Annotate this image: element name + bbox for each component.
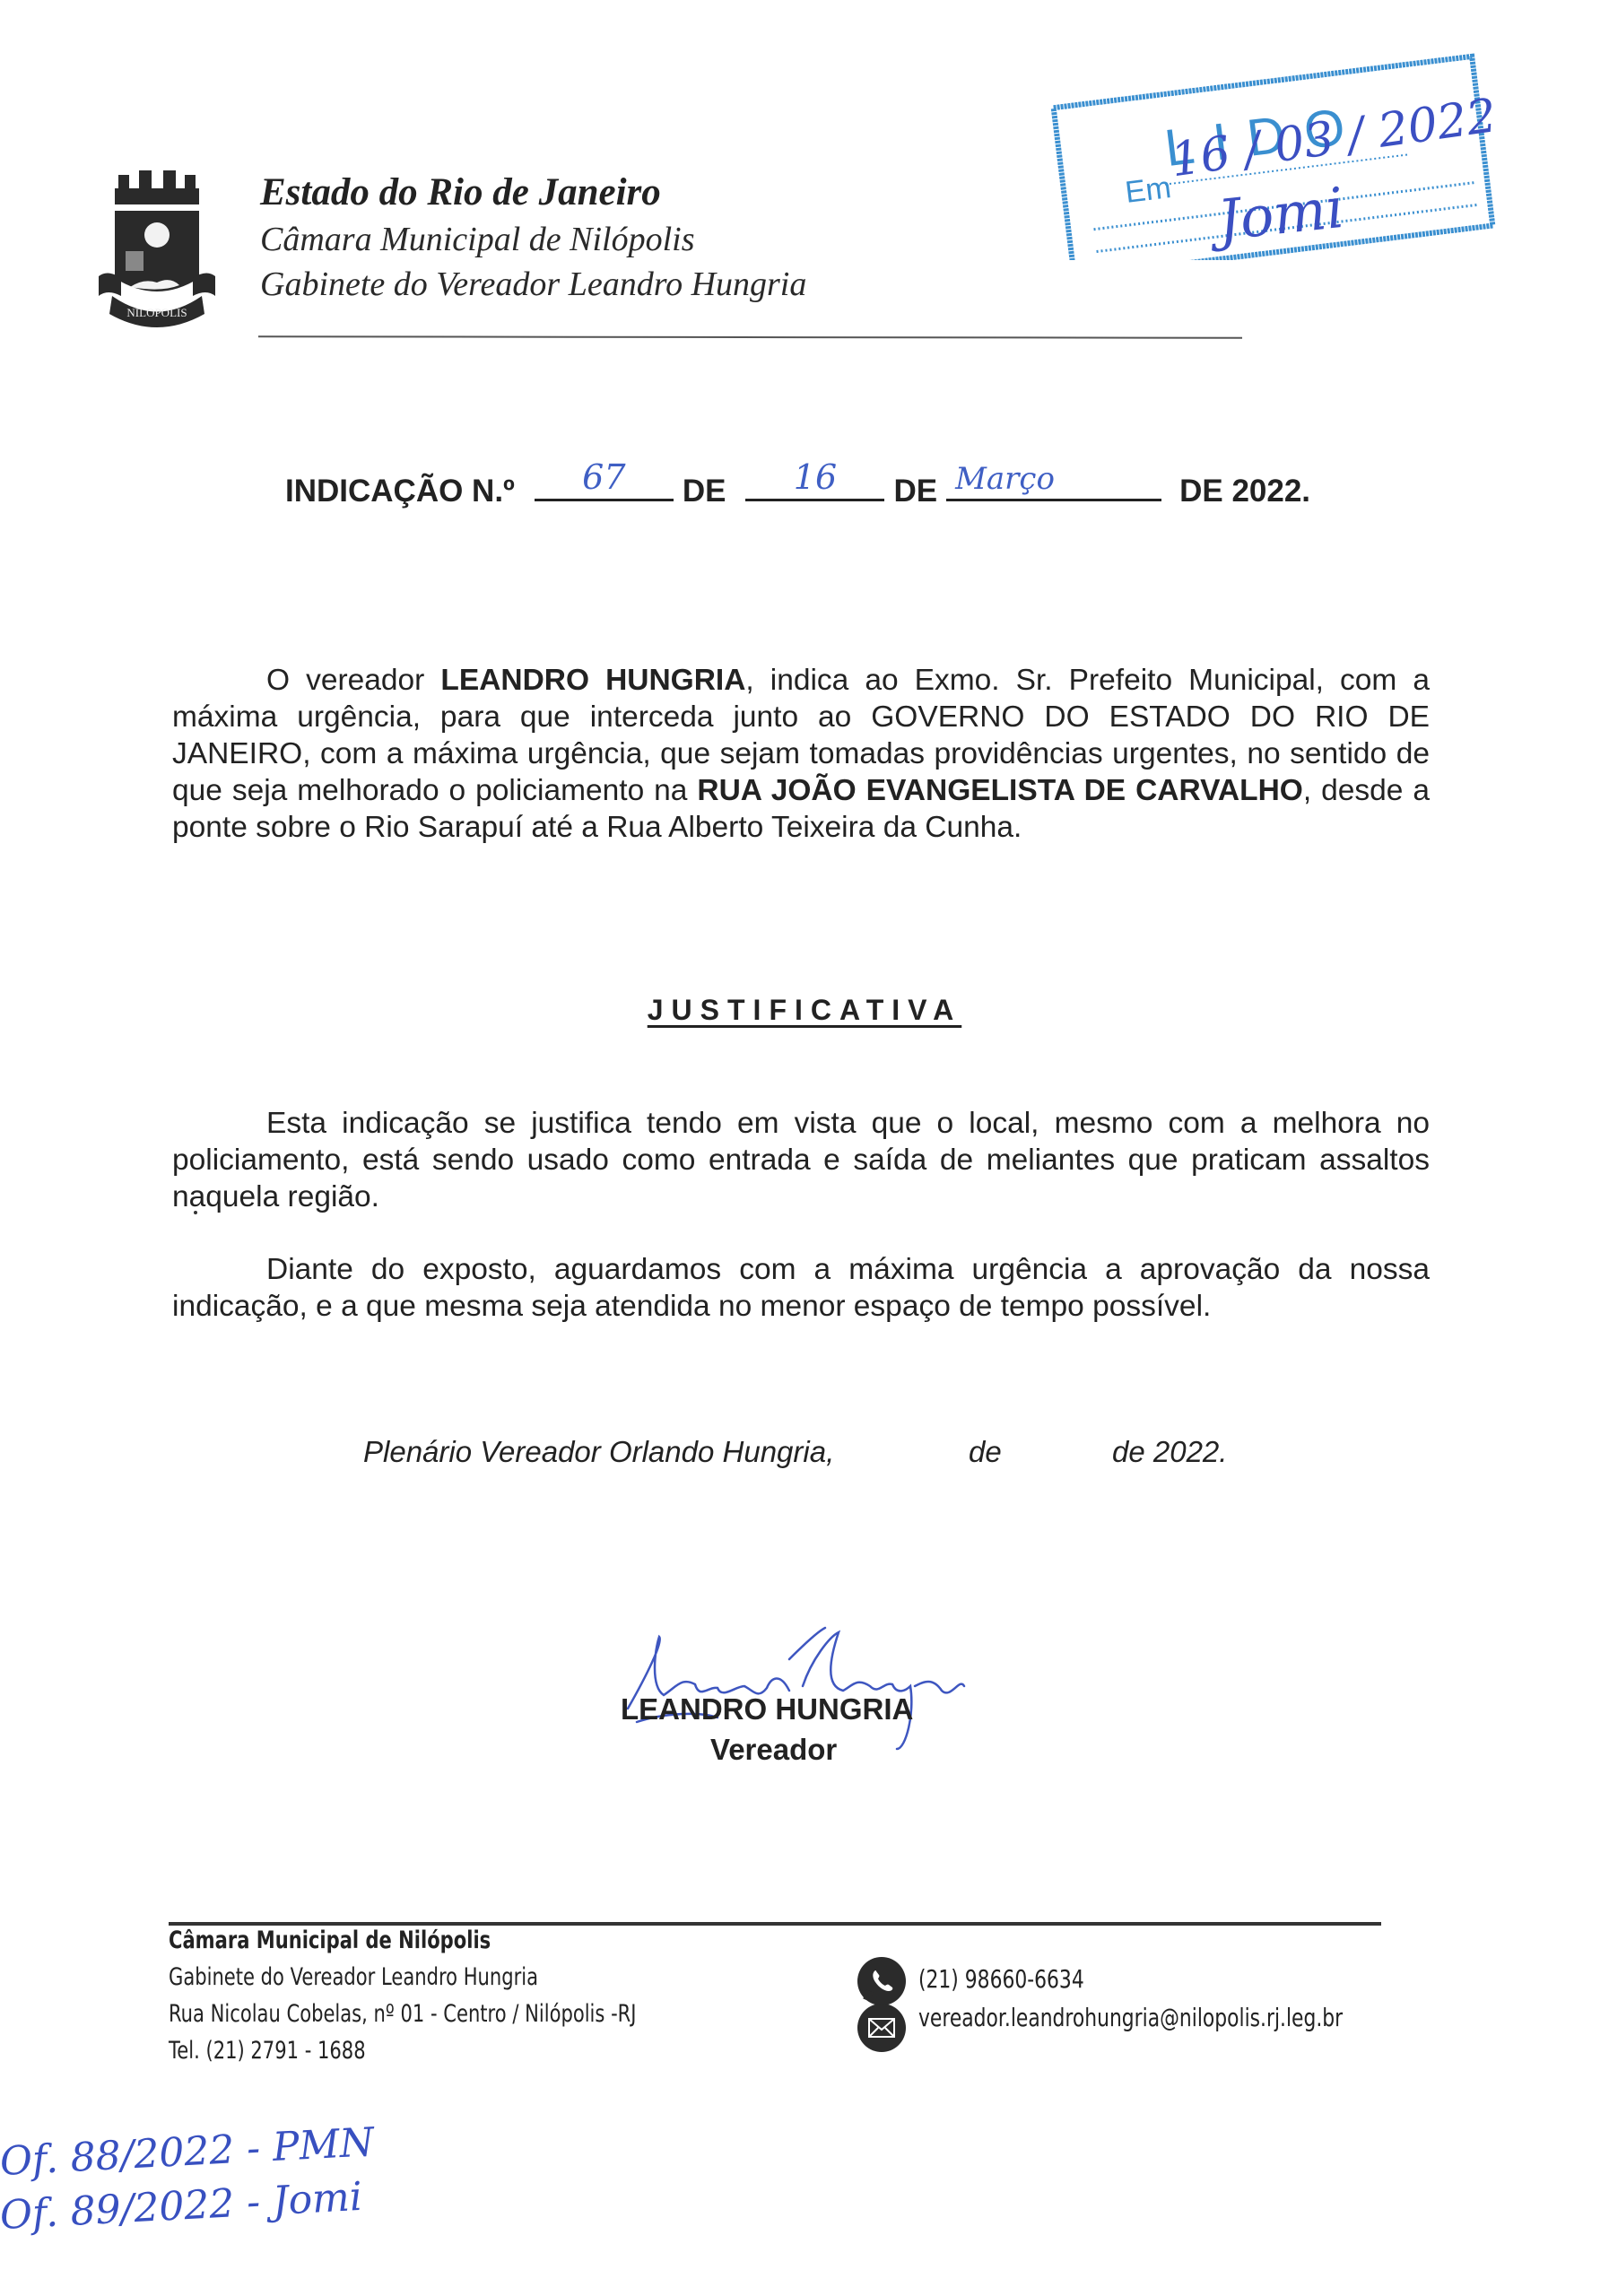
indication-suffix: DE 2022. [1179, 474, 1310, 509]
indication-month: Março [955, 461, 1161, 497]
header-chamber: Câmara Municipal de Nilópolis [260, 220, 695, 259]
footer-office: Gabinete do Vereador Leandro Hungria [169, 1963, 538, 1991]
indication-month-field: Março [946, 468, 1161, 501]
indication-prefix: INDICAÇÃO N.º [285, 474, 515, 509]
indication-line: INDICAÇÃO N.º 67 DE 16 DE Março DE 2022. [285, 468, 1310, 509]
indication-de-2: DE [893, 474, 937, 509]
municipal-crest: NILOPOLIS [99, 170, 215, 332]
received-stamp: LIDO Em 16 / 03 / 2022 Jomi [1049, 36, 1507, 260]
indication-day: 16 [745, 457, 884, 497]
indication-paragraph: O vereador LEANDRO HUNGRIA, indica ao Ex… [172, 662, 1430, 846]
svg-text:Em: Em [1124, 170, 1173, 210]
signatory-role: Vereador [710, 1733, 837, 1767]
whatsapp-icon [857, 1957, 906, 2005]
footer-divider [169, 1922, 1381, 1926]
stray-dot [194, 1211, 197, 1214]
footer-telephone: Tel. (21) 2791 - 1688 [169, 2037, 366, 2065]
conclusion-paragraph: Diante do exposto, aguardamos com a máxi… [172, 1251, 1430, 1325]
handwritten-note-1: Of. 88/2022 - PMN [0, 2119, 375, 2185]
justification-heading: JUSTIFICATIVA [0, 994, 1609, 1027]
header-state: Estado do Rio de Janeiro [260, 170, 661, 214]
councillor-name: LEANDRO HUNGRIA [440, 664, 745, 697]
envelope-icon [857, 2004, 906, 2052]
closing-de-2: de 2022. [1112, 1435, 1227, 1469]
footer-address: Rua Nicolau Cobelas, nº 01 - Centro / Ni… [169, 2000, 637, 2028]
footer-whatsapp: (21) 98660-6634 [918, 1964, 1084, 1994]
signatory-name: LEANDRO HUNGRIA [621, 1692, 913, 1726]
header-office: Gabinete do Vereador Leandro Hungria [260, 265, 806, 304]
svg-text:Jomi: Jomi [1205, 175, 1347, 254]
indication-de-1: DE [683, 474, 726, 509]
indication-number: 67 [535, 457, 674, 497]
indication-number-field: 67 [535, 468, 674, 501]
svg-text:NILOPOLIS: NILOPOLIS [126, 306, 187, 319]
justification-paragraph: Esta indicação se justifica tendo em vis… [172, 1105, 1430, 1215]
indication-day-field: 16 [745, 468, 884, 501]
header-divider [258, 335, 1242, 339]
handwritten-note-2: Of. 89/2022 - Jomi [0, 2174, 363, 2239]
closing-place: Plenário Vereador Orlando Hungria, [363, 1435, 834, 1469]
footer-email: vereador.leandrohungria@nilopolis.rj.leg… [918, 2003, 1343, 2032]
street-name: RUA JOÃO EVANGELISTA DE CARVALHO [697, 774, 1302, 807]
closing-de-1: de [969, 1435, 1002, 1469]
footer-org: Câmara Municipal de Nilópolis [169, 1926, 491, 1954]
